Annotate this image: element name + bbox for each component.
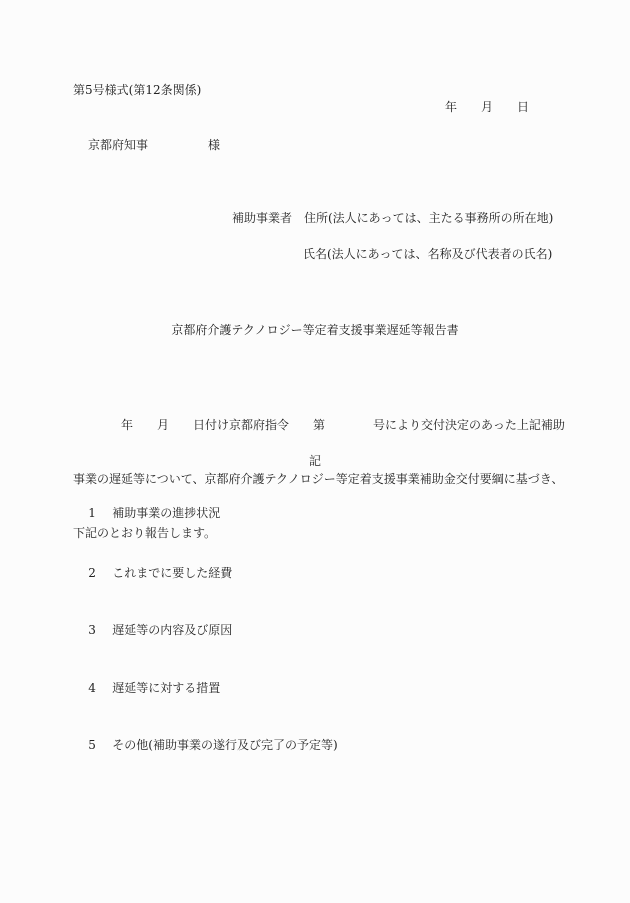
list-item-expenses: 2これまでに要した経費 <box>73 551 232 596</box>
list-item-progress: 1補助事業の進捗状況 <box>73 491 220 536</box>
item-label: 遅延等の内容及び原因 <box>112 623 232 637</box>
applicant-name-line: 氏名(法人にあっては、名称及び代表者の氏名) <box>303 247 552 262</box>
form-number: 第5号様式(第12条関係) <box>73 83 201 98</box>
body-line-1: 年 月 日付け京都府指令 第 号により交付決定のあった上記補助 <box>73 416 583 434</box>
item-label: 遅延等に対する措置 <box>112 681 220 695</box>
document-title: 京都府介護テクノロジー等定着支援事業遅延等報告書 <box>0 323 630 338</box>
list-item-delay-cause: 3遅延等の内容及び原因 <box>73 608 232 653</box>
item-number: 3 <box>88 623 112 638</box>
addressee-line: 京都府知事 様 <box>88 138 220 153</box>
record-marker: 記 <box>0 454 630 469</box>
item-label: これまでに要した経費 <box>112 566 232 580</box>
item-number: 5 <box>88 738 112 753</box>
body-paragraph: 年 月 日付け京都府指令 第 号により交付決定のあった上記補助 事業の遅延等につ… <box>73 380 583 578</box>
applicant-address-line: 補助事業者 住所(法人にあっては、主たる事務所の所在地) <box>232 211 553 226</box>
document-page: 第5号様式(第12条関係) 年 月 日 京都府知事 様 補助事業者 住所(法人に… <box>0 0 630 903</box>
date-line: 年 月 日 <box>445 100 529 115</box>
item-label: その他(補助事業の遂行及び完了の予定等) <box>112 738 337 752</box>
body-line-2: 事業の遅延等について、京都府介護テクノロジー等定着支援事業補助金交付要綱に基づき… <box>73 470 583 488</box>
item-label: 補助事業の進捗状況 <box>112 506 220 520</box>
item-number: 2 <box>88 566 112 581</box>
list-item-delay-measures: 4遅延等に対する措置 <box>73 666 220 711</box>
item-number: 4 <box>88 681 112 696</box>
item-number: 1 <box>88 506 112 521</box>
list-item-other: 5その他(補助事業の遂行及び完了の予定等) <box>73 723 338 768</box>
